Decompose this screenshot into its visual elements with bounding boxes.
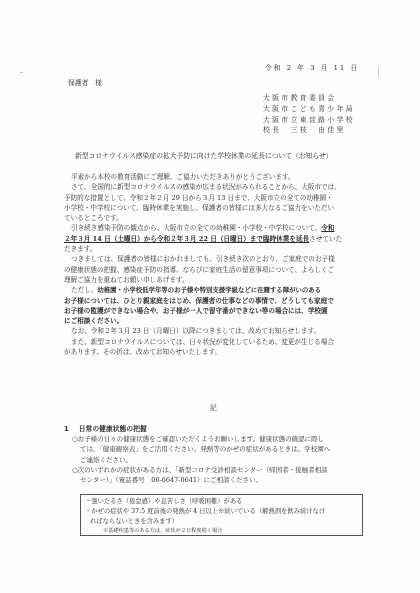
issue-date: 令和 2 年 3 月 11 日 — [265, 62, 359, 72]
paragraph-line: があります。その折は、改めてお知らせいたします。 — [64, 347, 364, 357]
symptom-line: ればならないときを含みます） — [85, 517, 362, 527]
paragraph-line: お子様の監護ができない場合や、お子様が一人で留守番ができない等の場合には、学校園 — [64, 306, 364, 316]
paragraph: つきましては、保護者の皆様におかれましても、引き続き次のとおり、ご家庭でのお子様 — [64, 254, 364, 264]
ki-heading: 記 — [210, 402, 217, 412]
paragraph-line: ているところです。 — [64, 213, 364, 223]
sender-block: 大阪市教育委員会 大阪市こども青少年局 大阪市立東淀路小学校 校長 三枝 由佳里 — [263, 93, 355, 136]
symptom-box: ・強いだるさ（倦怠感）や息苦しさ（呼吸困難）がある ・かぜの症状や 37.5 度… — [80, 494, 363, 536]
paragraph: また、新型コロナウイルスについては、日々状況が変化しているため、変更が生じる場合 — [64, 337, 364, 347]
paragraph-line: だきます。 — [64, 244, 364, 254]
section-title: 日常の健康状態の把握 — [79, 425, 147, 433]
bold-text: 幼稚園・小学校低学年等のお子様や特別支援学級などに在籍する障がいのある — [97, 286, 321, 294]
item-line: ては、「健康観察表」をご活用ください。発熱等のかぜの症状があるときは、学校園へ — [72, 444, 330, 454]
paragraph: なお、令和２年３月 23 日（月曜日）以降につきましては、改めてお知らせします。 — [64, 326, 364, 336]
sender-line: 校長 三枝 由佳里 — [263, 125, 355, 136]
paragraph-line: の健康状態の把握、感染症予防の指導、ならびに家庭生活の留意事項について、よろしく… — [64, 265, 364, 275]
scan-speck — [378, 67, 379, 77]
section-heading: 1日常の健康状態の把握 — [64, 423, 147, 433]
document-title: 新型コロナウイルス感染症の拡大予防に向けた学校休業の延長について（お知らせ） — [75, 150, 333, 160]
item: ○次のいずれかの症状がある方は、「新型コロナ受診相談センター（帰国者・接触者相談 — [72, 465, 330, 475]
paragraph-line: にご相談ください。 — [64, 316, 364, 326]
underlined-text: ２年３月 14 日（土曜日）から令和２年３月 22 日（日曜日）まで臨時休業を延… — [64, 235, 309, 243]
body-text: 平素から本校の教育活動にご理解、ご協力いただきありがとうございます。 さて、全国… — [64, 172, 364, 357]
paragraph-line: 理解ご協力を重ねてお願い申しあげます。 — [64, 275, 364, 285]
scan-speck — [20, 72, 23, 73]
underlined-text: 令和 — [321, 224, 334, 232]
symptom-line: ・かぜの症状や 37.5 度前後の発熱が 4 日以上※続いている（解熱剤を飲み続… — [85, 507, 362, 517]
paragraph-line: ２年３月 14 日（土曜日）から令和２年３月 22 日（日曜日）まで臨時休業を延… — [64, 234, 364, 244]
symptom-note: ※基礎疾患等のある方は、症状が２日程度続く場合 — [85, 527, 362, 536]
text: ただし、 — [71, 286, 97, 294]
item-line: センター）」（電話番号 06-6647-0641）にご相談ください。 — [72, 475, 330, 485]
symptom-line: ・強いだるさ（倦怠感）や息苦しさ（呼吸困難）がある — [85, 497, 362, 507]
text: 引き続き感染予防の観点から、大阪市立の全ての幼稚園・小学校・中学校について、 — [71, 224, 321, 232]
paragraph-line: 小学校・中学校について、臨時休業を実施し、保護者の皆様には多大なるご協力をいただ… — [64, 203, 364, 213]
sender-line: 大阪市こども青少年局 — [263, 104, 355, 115]
sender-line: 大阪市立東淀路小学校 — [263, 115, 355, 126]
section-items: ○お子様の日々の健康状態をご確認いただくようお願いします。健康状態の確認に際し … — [72, 434, 330, 485]
paragraph: さて、全国的に新型コロナウイルスの感染が広まる状況がみられることから、大阪市では… — [64, 182, 364, 192]
addressee: 保護者 様 — [68, 77, 102, 87]
section-number: 1 — [64, 425, 69, 433]
text: させていた — [309, 235, 342, 243]
item-line: ご連絡ください。 — [72, 455, 330, 465]
item: ○お子様の日々の健康状態をご確認いただくようお願いします。健康状態の確認に際し — [72, 434, 330, 444]
paragraph: 平素から本校の教育活動にご理解、ご協力いただきありがとうございます。 — [64, 172, 364, 182]
paragraph: ただし、幼稚園・小学校低学年等のお子様や特別支援学級などに在籍する障がいのある — [64, 285, 364, 295]
sender-line: 大阪市教育委員会 — [263, 93, 355, 104]
paragraph-line: お子様については、ひとり親家庭をはじめ、保護者の仕事などの事情で、どうしても家庭… — [64, 296, 364, 306]
paragraph-line: 予防的な措置として、令和２年２月 29 日から３月 13 日まで、大阪市立の全て… — [64, 193, 364, 203]
paragraph: 引き続き感染予防の観点から、大阪市立の全ての幼稚園・小学校・中学校について、令和 — [64, 223, 364, 233]
notice-page: 令和 2 年 3 月 11 日 保護者 様 大阪市教育委員会 大阪市こども青少年… — [0, 0, 420, 593]
